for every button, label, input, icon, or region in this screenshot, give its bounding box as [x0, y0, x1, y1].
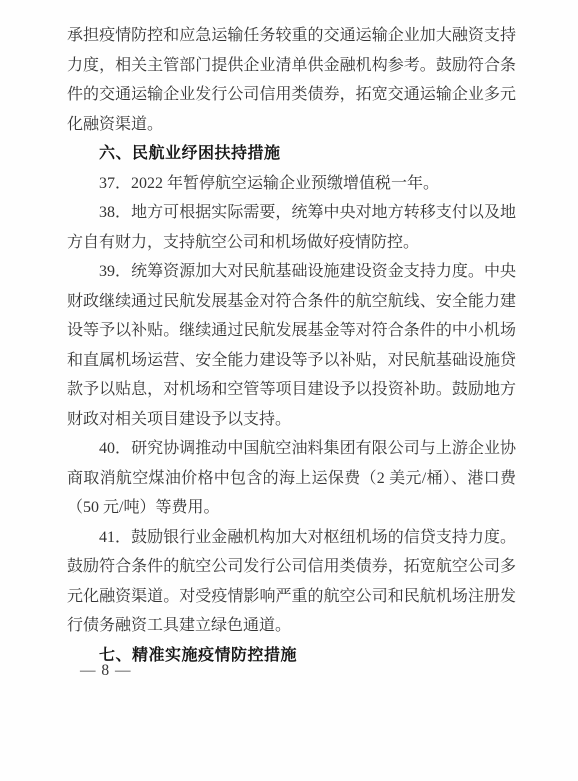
text-line: 37．2022 年暂停航空运输企业预缴增值税一年。 [67, 169, 516, 199]
text-line: 39．统筹资源加大对民航基础设施建设资金支持力度。中央 [67, 257, 516, 287]
text-line: （50 元/吨）等费用。 [67, 493, 516, 523]
text-line: 承担疫情防控和应急运输任务较重的交通运输企业加大融资支持 [67, 21, 516, 51]
text-line: 40．研究协调推动中国航空油料集团有限公司与上游企业协 [67, 434, 516, 464]
text-line: 方自有财力，支持航空公司和机场做好疫情防控。 [67, 228, 516, 258]
paragraph-item-39: 39．统筹资源加大对民航基础设施建设资金支持力度。中央 财政继续通过民航发展基金… [67, 257, 516, 434]
text-line: 化融资渠道。 [67, 110, 516, 140]
text-line: 商取消航空煤油价格中包含的海上运保费（2 美元/桶）、港口费 [67, 464, 516, 494]
text-line: 设等予以补贴。继续通过民航发展基金等对符合条件的中小机场 [67, 316, 516, 346]
text-line: 件的交通运输企业发行公司信用类债券，拓宽交通运输企业多元 [67, 80, 516, 110]
text-line: 财政对相关项目建设予以支持。 [67, 405, 516, 435]
text-line: 财政继续通过民航发展基金对符合条件的航空航线、安全能力建 [67, 287, 516, 317]
section-heading-6: 六、民航业纾困扶持措施 [67, 139, 516, 169]
page-number: — 8 — [80, 662, 132, 680]
section-heading-7: 七、精准实施疫情防控措施 [67, 641, 516, 671]
text-line: 元化融资渠道。对受疫情影响严重的航空公司和民航机场注册发 [67, 582, 516, 612]
document-body: 承担疫情防控和应急运输任务较重的交通运输企业加大融资支持 力度，相关主管部门提供… [67, 21, 516, 670]
text-line: 38．地方可根据实际需要，统筹中央对地方转移支付以及地 [67, 198, 516, 228]
document-page: 承担疫情防控和应急运输任务较重的交通运输企业加大融资支持 力度，相关主管部门提供… [0, 0, 578, 781]
paragraph-item-38: 38．地方可根据实际需要，统筹中央对地方转移支付以及地 方自有财力，支持航空公司… [67, 198, 516, 257]
text-line: 鼓励符合条件的航空公司发行公司信用类债券，拓宽航空公司多 [67, 552, 516, 582]
text-line: 41．鼓励银行业金融机构加大对枢纽机场的信贷支持力度。 [67, 523, 516, 553]
paragraph-item-37: 37．2022 年暂停航空运输企业预缴增值税一年。 [67, 169, 516, 199]
text-line: 款予以贴息，对机场和空管等项目建设予以投资补助。鼓励地方 [67, 375, 516, 405]
paragraph-continued: 承担疫情防控和应急运输任务较重的交通运输企业加大融资支持 力度，相关主管部门提供… [67, 21, 516, 139]
paragraph-item-41: 41．鼓励银行业金融机构加大对枢纽机场的信贷支持力度。 鼓励符合条件的航空公司发… [67, 523, 516, 641]
text-line: 行债务融资工具建立绿色通道。 [67, 611, 516, 641]
text-line: 力度，相关主管部门提供企业清单供金融机构参考。鼓励符合条 [67, 51, 516, 81]
text-line: 和直属机场运营、安全能力建设等予以补贴，对民航基础设施贷 [67, 346, 516, 376]
paragraph-item-40: 40．研究协调推动中国航空油料集团有限公司与上游企业协 商取消航空煤油价格中包含… [67, 434, 516, 523]
